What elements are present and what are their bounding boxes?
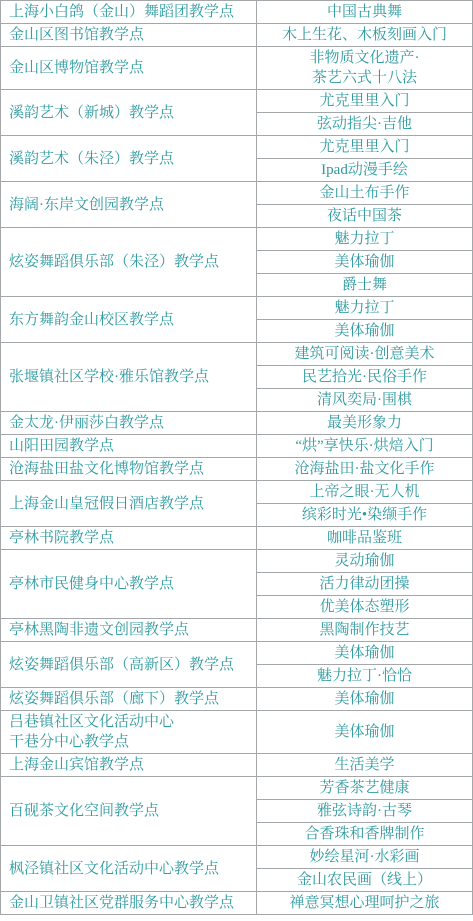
teaching-site-cell: 亭林黑陶非遗文创园教学点	[1, 619, 257, 642]
table-row: 上海金山宾馆教学点生活美学	[1, 754, 473, 777]
course-cell: 美体瑜伽	[257, 251, 473, 274]
course-cell: 美体瑜伽	[257, 642, 473, 665]
course-cell: 建筑可阅读·创意美术	[257, 343, 473, 366]
course-cell: 美体瑜伽	[257, 320, 473, 343]
teaching-site-cell: 山阳田园教学点	[1, 435, 257, 458]
table-row: 金山卫镇社区党群服务中心教学点禅意冥想心理呵护之旅	[1, 892, 473, 915]
teaching-site-cell: 上海小白鸽（金山）舞蹈团教学点	[1, 1, 257, 24]
table-row: 金山区图书馆教学点木上生花、木板刻画入门	[1, 24, 473, 47]
course-cell: 夜话中国茶	[257, 205, 473, 228]
course-cell: 禅意冥想心理呵护之旅	[257, 892, 473, 915]
course-cell: 雅弦诗韵·古琴	[257, 800, 473, 823]
teaching-site-cell: 亭林市民健身中心教学点	[1, 550, 257, 619]
table-row: 金太龙·伊丽莎白教学点最美形象力	[1, 412, 473, 435]
teaching-site-cell: 百砚茶文化空间教学点	[1, 777, 257, 846]
teaching-site-cell: 炫姿舞蹈俱乐部（高新区）教学点	[1, 642, 257, 688]
course-cell: 上帝之眼·无人机	[257, 481, 473, 504]
table-row: 上海小白鸽（金山）舞蹈团教学点中国古典舞	[1, 1, 473, 24]
table-row: 沧海盐田盐文化博物馆教学点沧海盐田·盐文化手作	[1, 458, 473, 481]
course-table: 上海小白鸽（金山）舞蹈团教学点中国古典舞金山区图书馆教学点木上生花、木板刻画入门…	[0, 0, 473, 915]
table-row: 亭林市民健身中心教学点灵动瑜伽	[1, 550, 473, 573]
course-cell: 魅力拉丁	[257, 297, 473, 320]
table-row: 炫姿舞蹈俱乐部（朱泾）教学点魅力拉丁	[1, 228, 473, 251]
course-cell: 沧海盐田·盐文化手作	[257, 458, 473, 481]
course-cell: “烘”享快乐·烘焙入门	[257, 435, 473, 458]
teaching-site-cell: 海阔·东岸文创园教学点	[1, 182, 257, 228]
course-cell: 灵动瑜伽	[257, 550, 473, 573]
course-cell: 优美体态塑形	[257, 596, 473, 619]
teaching-site-cell: 枫泾镇社区文化活动中心教学点	[1, 846, 257, 892]
course-cell: 芳香茶艺健康	[257, 777, 473, 800]
course-cell: 爵士舞	[257, 274, 473, 297]
course-cell: 咖啡品鉴班	[257, 527, 473, 550]
teaching-site-cell: 沧海盐田盐文化博物馆教学点	[1, 458, 257, 481]
teaching-site-cell: 金山卫镇社区党群服务中心教学点	[1, 892, 257, 915]
course-cell: 黑陶制作技艺	[257, 619, 473, 642]
teaching-site-cell: 金太龙·伊丽莎白教学点	[1, 412, 257, 435]
table-row: 炫姿舞蹈俱乐部（高新区）教学点美体瑜伽	[1, 642, 473, 665]
teaching-site-cell: 上海金山皇冠假日酒店教学点	[1, 481, 257, 527]
course-cell: 美体瑜伽	[257, 711, 473, 754]
course-cell: 生活美学	[257, 754, 473, 777]
teaching-site-cell: 上海金山宾馆教学点	[1, 754, 257, 777]
table-row: 百砚茶文化空间教学点芳香茶艺健康	[1, 777, 473, 800]
table-row: 金山区博物馆教学点非物质文化遗产· 茶艺六式十八法	[1, 47, 473, 90]
teaching-site-cell: 金山区图书馆教学点	[1, 24, 257, 47]
table-row: 东方舞韵金山校区教学点魅力拉丁	[1, 297, 473, 320]
course-cell: 缤彩时光•染缬手作	[257, 504, 473, 527]
course-cell: 非物质文化遗产· 茶艺六式十八法	[257, 47, 473, 90]
course-cell: 尤克里里入门	[257, 136, 473, 159]
teaching-site-cell: 亭林书院教学点	[1, 527, 257, 550]
table-row: 炫姿舞蹈俱乐部（廊下）教学点美体瑜伽	[1, 688, 473, 711]
course-cell: 尤克里里入门	[257, 90, 473, 113]
course-table-body: 上海小白鸽（金山）舞蹈团教学点中国古典舞金山区图书馆教学点木上生花、木板刻画入门…	[1, 1, 473, 915]
course-cell: 弦动指尖·吉他	[257, 113, 473, 136]
course-cell: 木上生花、木板刻画入门	[257, 24, 473, 47]
teaching-site-cell: 张堰镇社区学校·雅乐馆教学点	[1, 343, 257, 412]
course-cell: 最美形象力	[257, 412, 473, 435]
table-row: 亭林黑陶非遗文创园教学点黑陶制作技艺	[1, 619, 473, 642]
teaching-site-cell: 东方舞韵金山校区教学点	[1, 297, 257, 343]
course-cell: Ipad动漫手绘	[257, 159, 473, 182]
table-row: 溪韵艺术（新城）教学点尤克里里入门	[1, 90, 473, 113]
teaching-site-cell: 吕巷镇社区文化活动中心 干巷分中心教学点	[1, 711, 257, 754]
course-cell: 金山农民画（线上）	[257, 869, 473, 892]
table-row: 上海金山皇冠假日酒店教学点上帝之眼·无人机	[1, 481, 473, 504]
course-cell: 妙绘星河·水彩画	[257, 846, 473, 869]
course-cell: 魅力拉丁	[257, 228, 473, 251]
table-row: 亭林书院教学点咖啡品鉴班	[1, 527, 473, 550]
course-cell: 魅力拉丁·恰恰	[257, 665, 473, 688]
teaching-site-cell: 炫姿舞蹈俱乐部（廊下）教学点	[1, 688, 257, 711]
table-row: 溪韵艺术（朱泾）教学点尤克里里入门	[1, 136, 473, 159]
table-row: 张堰镇社区学校·雅乐馆教学点建筑可阅读·创意美术	[1, 343, 473, 366]
teaching-site-cell: 金山区博物馆教学点	[1, 47, 257, 90]
table-row: 山阳田园教学点“烘”享快乐·烘焙入门	[1, 435, 473, 458]
course-cell: 清风奕局·围棋	[257, 389, 473, 412]
teaching-site-cell: 炫姿舞蹈俱乐部（朱泾）教学点	[1, 228, 257, 297]
table-row: 枫泾镇社区文化活动中心教学点妙绘星河·水彩画	[1, 846, 473, 869]
teaching-site-cell: 溪韵艺术（新城）教学点	[1, 90, 257, 136]
course-cell: 合香珠和香牌制作	[257, 823, 473, 846]
course-cell: 民艺拾光·民俗手作	[257, 366, 473, 389]
course-cell: 活力律动团操	[257, 573, 473, 596]
course-cell: 金山土布手作	[257, 182, 473, 205]
course-cell: 中国古典舞	[257, 1, 473, 24]
course-cell: 美体瑜伽	[257, 688, 473, 711]
course-table-page: 上海小白鸽（金山）舞蹈团教学点中国古典舞金山区图书馆教学点木上生花、木板刻画入门…	[0, 0, 473, 921]
table-row: 海阔·东岸文创园教学点金山土布手作	[1, 182, 473, 205]
table-row: 吕巷镇社区文化活动中心 干巷分中心教学点美体瑜伽	[1, 711, 473, 754]
teaching-site-cell: 溪韵艺术（朱泾）教学点	[1, 136, 257, 182]
